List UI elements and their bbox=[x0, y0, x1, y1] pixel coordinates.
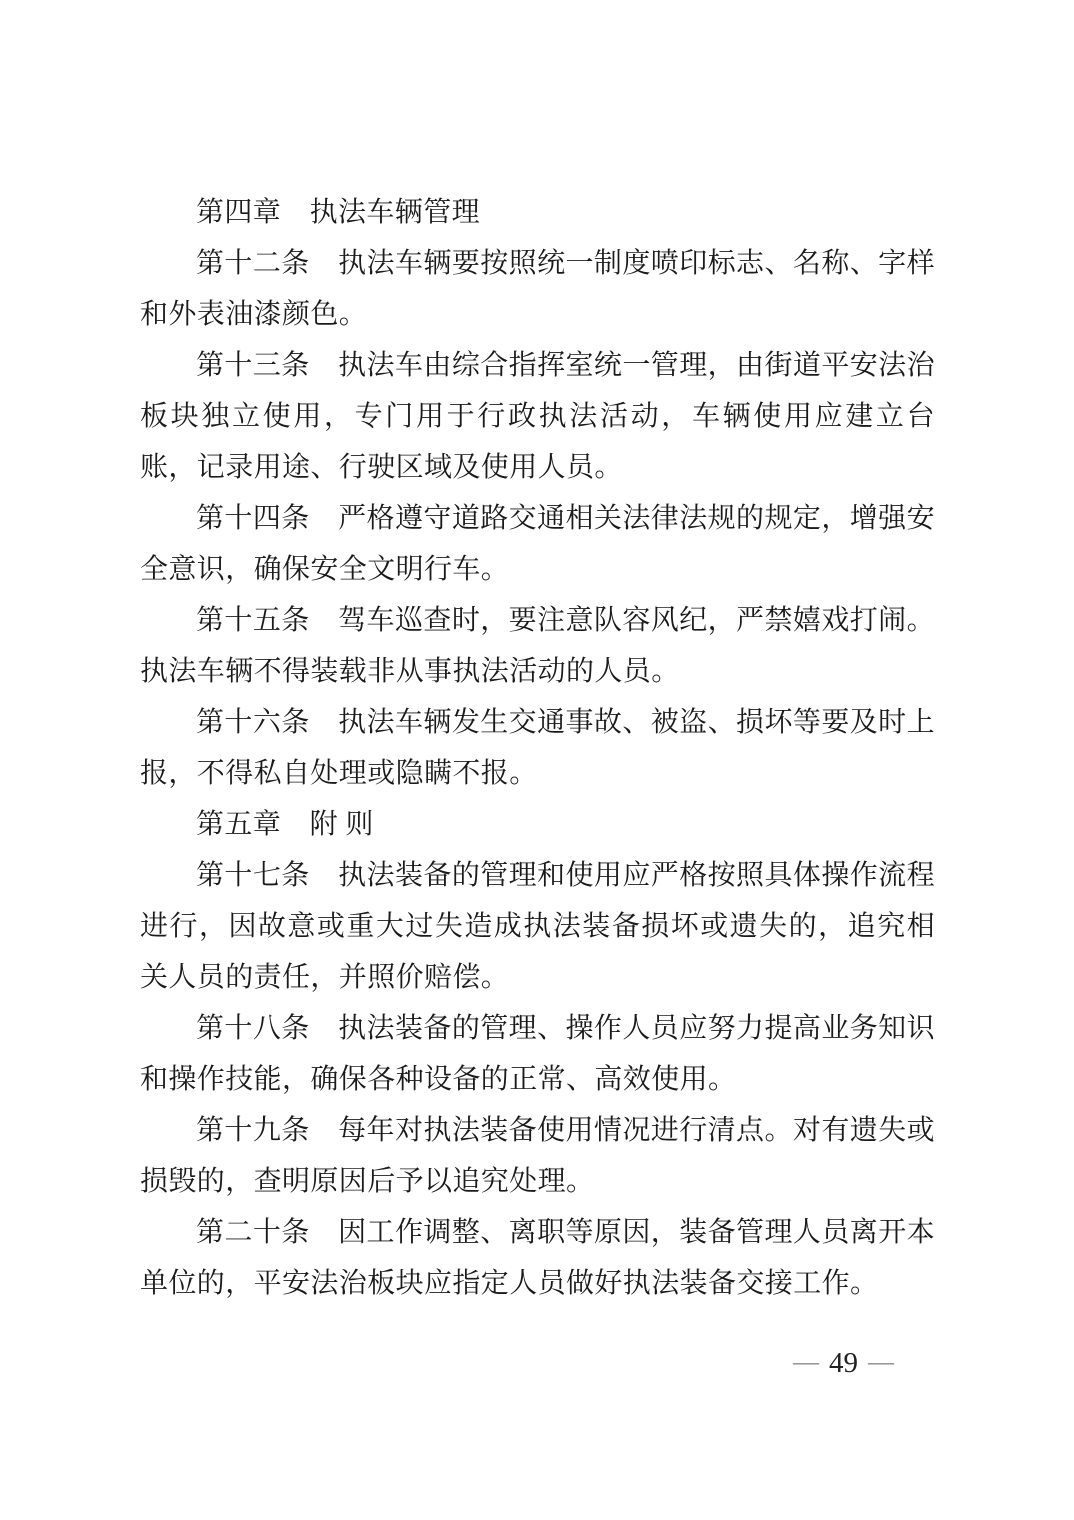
chapter-4-heading: 第四章 执法车辆管理 bbox=[140, 187, 935, 238]
article-15: 第十五条 驾车巡查时，要注意队容风纪，严禁嬉戏打闹。执法车辆不得装载非从事执法活… bbox=[140, 595, 935, 697]
chapter-5-heading: 第五章 附 则 bbox=[140, 799, 935, 850]
page-number: 49 bbox=[829, 1347, 858, 1379]
article-18: 第十八条 执法装备的管理、操作人员应努力提高业务知识和操作技能，确保各种设备的正… bbox=[140, 1003, 935, 1105]
page-number-left-dash: — bbox=[783, 1347, 829, 1376]
article-19: 第十九条 每年对执法装备使用情况进行清点。对有遗失或损毁的，查明原因后予以追究处… bbox=[140, 1105, 935, 1207]
article-12: 第十二条 执法车辆要按照统一制度喷印标志、名称、字样和外表油漆颜色。 bbox=[140, 238, 935, 340]
article-14: 第十四条 严格遵守道路交通相关法律法规的规定，增强安全意识，确保安全文明行车。 bbox=[140, 493, 935, 595]
page-number-footer: —49— bbox=[783, 1345, 904, 1382]
document-body: 第四章 执法车辆管理 第十二条 执法车辆要按照统一制度喷印标志、名称、字样和外表… bbox=[140, 187, 935, 1309]
article-20: 第二十条 因工作调整、离职等原因，装备管理人员离开本单位的，平安法治板块应指定人… bbox=[140, 1207, 935, 1309]
article-13: 第十三条 执法车由综合指挥室统一管理，由街道平安法治板块独立使用，专门用于行政执… bbox=[140, 340, 935, 493]
article-17: 第十七条 执法装备的管理和使用应严格按照具体操作流程进行，因故意或重大过失造成执… bbox=[140, 850, 935, 1003]
article-16: 第十六条 执法车辆发生交通事故、被盗、损坏等要及时上报，不得私自处理或隐瞒不报。 bbox=[140, 697, 935, 799]
page-number-right-dash: — bbox=[858, 1347, 904, 1376]
document-page: 第四章 执法车辆管理 第十二条 执法车辆要按照统一制度喷印标志、名称、字样和外表… bbox=[0, 0, 1074, 1520]
